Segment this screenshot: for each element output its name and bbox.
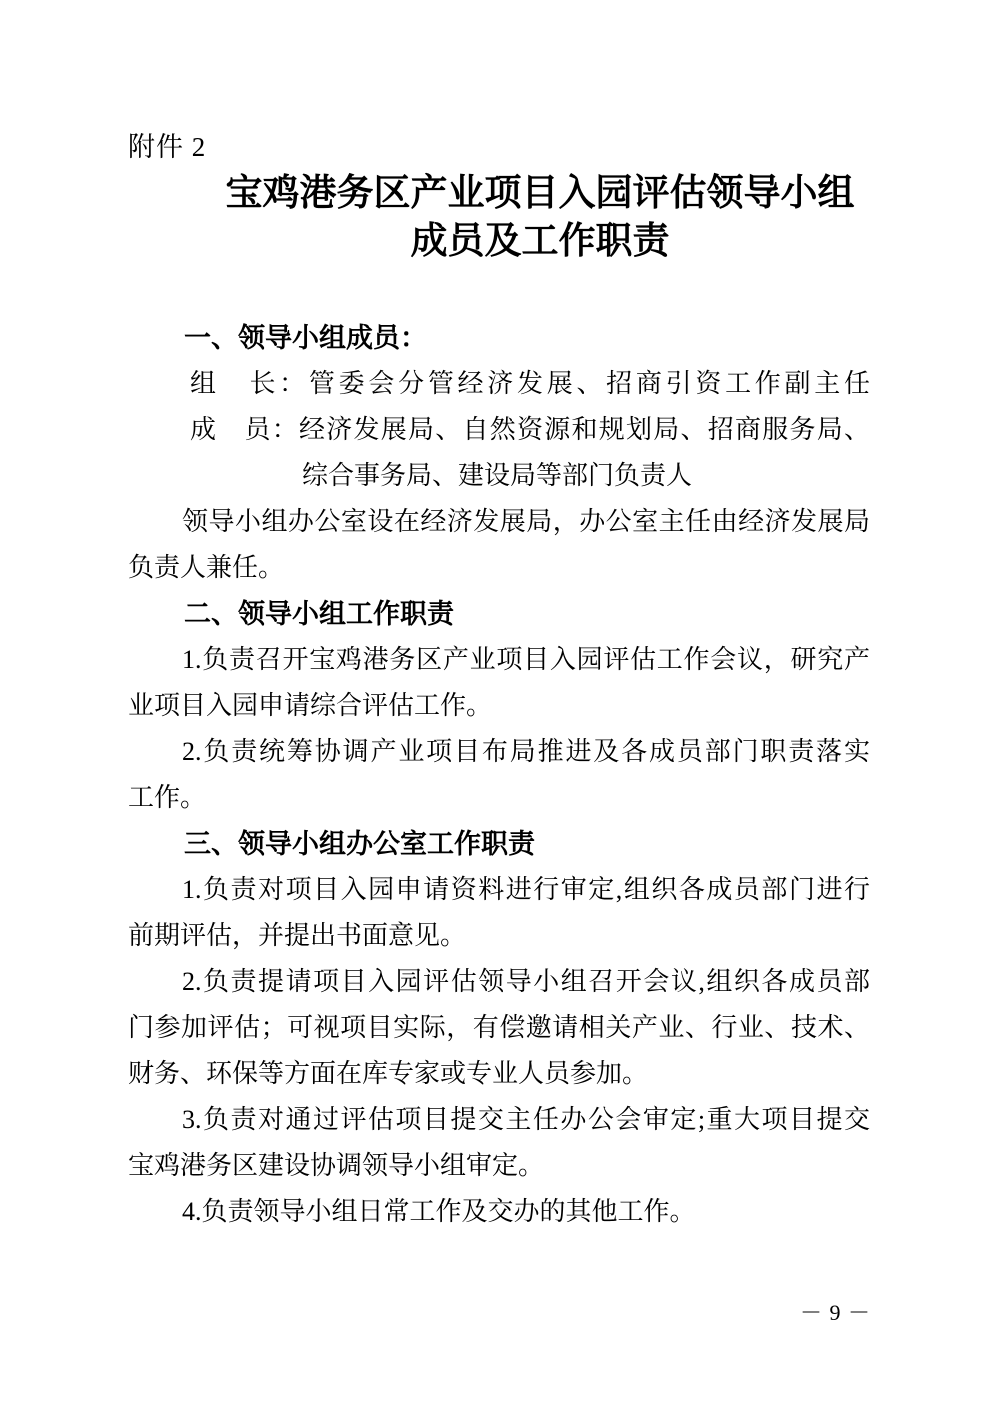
text-line: 4.负责领导小组日常工作及交办的其他工作。 (128, 1189, 870, 1235)
text-line: 1.负责召开宝鸡港务区产业项目入园评估工作会议，研究产 (128, 637, 870, 683)
text-line: 负责人兼任。 (128, 545, 870, 591)
text-line: 宝鸡港务区建设协调领导小组审定。 (128, 1143, 870, 1189)
page-number: － 9 － (800, 1298, 890, 1328)
document-body: 一、领导小组成员：组 长：管委会分管经济发展、招商引资工作副主任成 员：经济发展… (128, 315, 870, 1235)
text-line: 领导小组办公室设在经济发展局，办公室主任由经济发展局 (128, 499, 870, 545)
text-line: 2.负责统筹协调产业项目布局推进及各成员部门职责落实 (128, 729, 870, 775)
text-line: 组 长：管委会分管经济发展、招商引资工作副主任 (128, 361, 870, 407)
document-title-line2: 成员及工作职责 (210, 218, 870, 266)
text-line: 二、领导小组工作职责 (128, 591, 870, 637)
text-line: 门参加评估；可视项目实际，有偿邀请相关产业、行业、技术、 (128, 1005, 870, 1051)
text-line: 工作。 (128, 775, 870, 821)
text-line: 财务、环保等方面在库专家或专业人员参加。 (128, 1051, 870, 1097)
text-line: 综合事务局、建设局等部门负责人 (128, 453, 870, 499)
text-line: 1.负责对项目入园申请资料进行审定,组织各成员部门进行 (128, 867, 870, 913)
text-line: 业项目入园申请综合评估工作。 (128, 683, 870, 729)
text-line: 3.负责对通过评估项目提交主任办公会审定;重大项目提交 (128, 1097, 870, 1143)
text-line: 前期评估，并提出书面意见。 (128, 913, 870, 959)
document-page: 附件 2 宝鸡港务区产业项目入园评估领导小组 成员及工作职责 一、领导小组成员：… (0, 0, 992, 1403)
text-line: 三、领导小组办公室工作职责 (128, 821, 870, 867)
text-line: 成 员：经济发展局、自然资源和规划局、招商服务局、 (128, 407, 870, 453)
document-title: 宝鸡港务区产业项目入园评估领导小组 成员及工作职责 (210, 170, 870, 266)
text-line: 2.负责提请项目入园评估领导小组召开会议,组织各成员部 (128, 959, 870, 1005)
attachment-label: 附件 2 (128, 124, 206, 170)
text-line: 一、领导小组成员： (128, 315, 870, 361)
document-title-line1: 宝鸡港务区产业项目入园评估领导小组 (210, 170, 870, 218)
